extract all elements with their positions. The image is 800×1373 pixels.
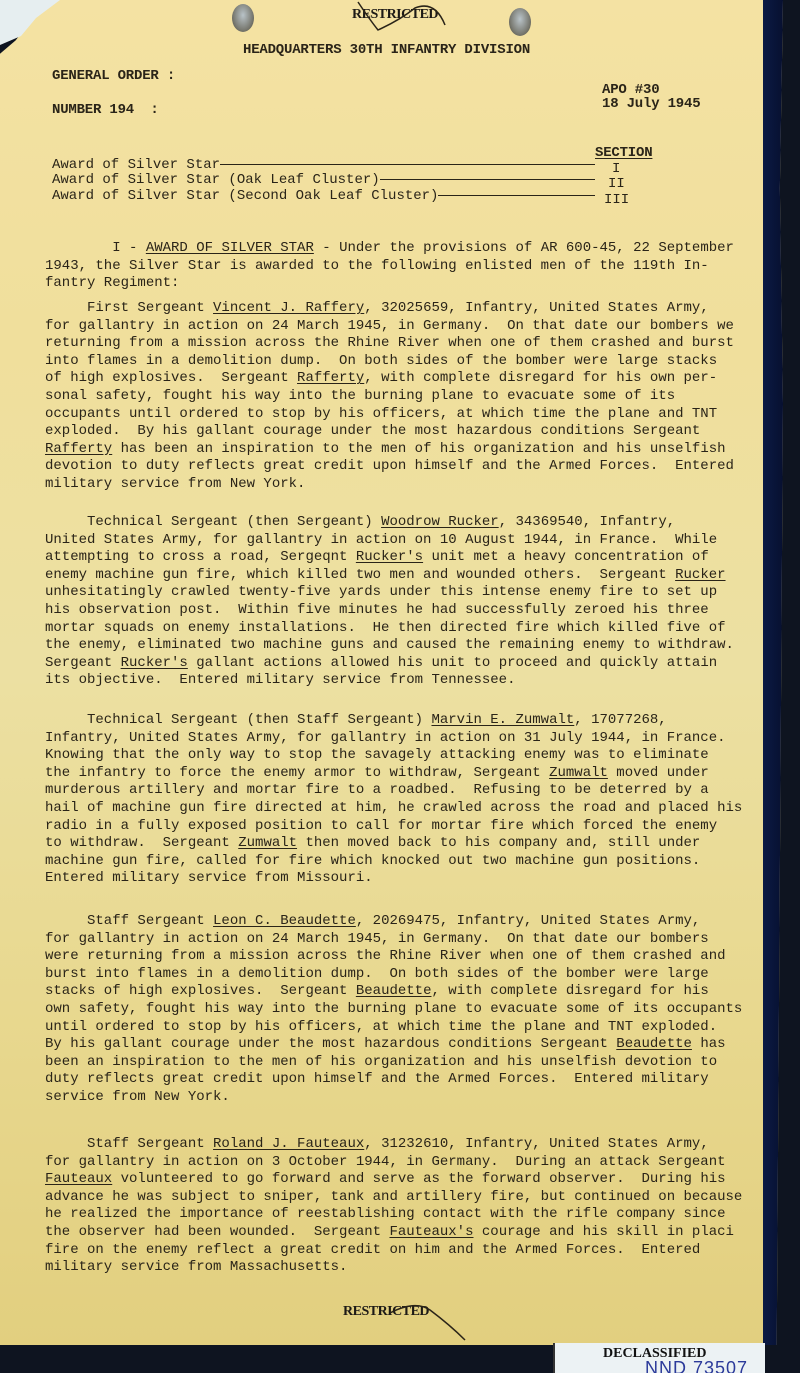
citation-line: returning from a mission across the Rhin… (45, 335, 765, 353)
soldier-name: Leon C. Beaudette (213, 913, 356, 929)
citation-line: devotion to duty reflects great credit u… (45, 458, 765, 476)
soldier-name: Beaudette (616, 1036, 692, 1052)
citation-line: military service from New York. (45, 476, 765, 494)
declassified-stamp: DECLASSIFIED NND 73507 (553, 1343, 765, 1373)
citation-line: Technical Sergeant (then Staff Sergeant)… (45, 712, 765, 730)
citation-line: hail of machine gun fire directed at him… (45, 800, 765, 818)
toc-section-number: II (608, 176, 625, 192)
citation-line: sonal safety, fought his way into the bu… (45, 388, 765, 406)
soldier-name: Roland J. Fauteaux (213, 1136, 364, 1152)
citation-line: were returning from a mission across the… (45, 948, 765, 966)
citation-line: his observation post. Within five minute… (45, 602, 765, 620)
citation-line: to withdraw. Sergeant Zumwalt then moved… (45, 835, 765, 853)
punch-hole-right (509, 8, 531, 36)
citation-line: of high explosives. Sergeant Rafferty, w… (45, 370, 765, 388)
soldier-name: Beaudette (356, 983, 432, 999)
toc-item: Award of Silver Star (Oak Leaf Cluster) (52, 172, 595, 188)
scanner-edge (763, 0, 783, 1345)
citation-line: Staff Sergeant Roland J. Fauteaux, 31232… (45, 1136, 765, 1154)
toc-leader-line (438, 195, 595, 196)
citation-line: been an inspiration to the men of his or… (45, 1054, 765, 1072)
soldier-name: Rafferty (45, 441, 112, 457)
citation-line: enemy machine gun fire, which killed two… (45, 567, 765, 585)
citation-line: occupants until ordered to stop by his o… (45, 406, 765, 424)
soldier-name: Fauteaux (45, 1171, 112, 1187)
citation-line: stacks of high explosives. Sergeant Beau… (45, 983, 765, 1001)
citation-paragraph: Staff Sergeant Leon C. Beaudette, 202694… (45, 913, 765, 1107)
citation-line: United States Army, for gallantry in act… (45, 532, 765, 550)
citation-line: duty reflects great credit upon himself … (45, 1071, 765, 1089)
general-order-label: GENERAL ORDER : (52, 68, 175, 85)
citation-line: Infantry, United States Army, for gallan… (45, 730, 765, 748)
soldier-name: Zumwalt (549, 765, 608, 781)
citation-paragraph: Technical Sergeant (then Sergeant) Woodr… (45, 514, 765, 690)
citation-line: Knowing that the only way to stop the sa… (45, 747, 765, 765)
citation-line: unhesitatingly crawled twenty-five yards… (45, 584, 765, 602)
citation-line: First Sergeant Vincent J. Raffery, 32025… (45, 300, 765, 318)
punch-hole-left (232, 4, 254, 32)
soldier-name: Rucker's (356, 549, 423, 565)
toc-item: Award of Silver Star (Second Oak Leaf Cl… (52, 188, 595, 204)
stamp-arrow-icon (370, 1295, 480, 1345)
citation-line: own safety, fought his way into the burn… (45, 1001, 765, 1019)
section-number: I - (112, 240, 146, 256)
order-date: 18 July 1945 (602, 96, 700, 113)
headquarters-heading: HEADQUARTERS 30TH INFANTRY DIVISION (243, 42, 530, 59)
citation-line: fire on the enemy reflect a great credit… (45, 1242, 765, 1260)
citation-line: Staff Sergeant Leon C. Beaudette, 202694… (45, 913, 765, 931)
soldier-name: Woodrow Rucker (381, 514, 499, 530)
citation-line: exploded. By his gallant courage under t… (45, 423, 765, 441)
toc-section-number: III (604, 192, 629, 208)
citation-line: until ordered to stop by his officers, a… (45, 1019, 765, 1037)
citation-line: Technical Sergeant (then Sergeant) Woodr… (45, 514, 765, 532)
soldier-name: Zumwalt (238, 835, 297, 851)
soldier-name: Rafferty (297, 370, 364, 386)
citation-line: By his gallant courage under the most ha… (45, 1036, 765, 1054)
citation-line: radio in a fully exposed position to cal… (45, 818, 765, 836)
soldier-name: Rucker's (121, 655, 188, 671)
citation-paragraph: Staff Sergeant Roland J. Fauteaux, 31232… (45, 1136, 765, 1277)
toc-item-label: Award of Silver Star (52, 157, 220, 173)
citation-line: for gallantry in action on 24 March 1945… (45, 931, 765, 949)
citation-line: into flames in a demolition dump. On bot… (45, 353, 765, 371)
toc-item-label: Award of Silver Star (Second Oak Leaf Cl… (52, 188, 438, 204)
citation-line: burst into flames in a demolition dump. … (45, 966, 765, 984)
citation-line: for gallantry in action on 24 March 1945… (45, 318, 765, 336)
intro-line: - Under the provisions of AR 600-45, 22 … (314, 240, 734, 256)
soldier-name: Fauteaux's (389, 1224, 473, 1240)
intro-line: fantry Regiment: (45, 275, 765, 293)
citation-line: he realized the importance of reestablis… (45, 1206, 765, 1224)
citation-line: mortar squads on enemy installations. He… (45, 620, 765, 638)
toc-item: Award of Silver Star (52, 157, 595, 173)
intro-line: 1943, the Silver Star is awarded to the … (45, 258, 765, 276)
citation-line: service from New York. (45, 1089, 765, 1107)
declassified-authority: NND 73507 (645, 1358, 748, 1373)
citation-line: Sergeant Rucker's gallant actions allowe… (45, 655, 765, 673)
citation-line: advance he was subject to sniper, tank a… (45, 1189, 765, 1207)
citation-line: its objective. Entered military service … (45, 672, 765, 690)
order-number: NUMBER 194 : (52, 102, 159, 119)
toc-section-number: I (612, 161, 620, 177)
soldier-name: Vincent J. Raffery (213, 300, 364, 316)
citation-line: the infantry to force the enemy armor to… (45, 765, 765, 783)
toc-section-header: SECTION (595, 145, 652, 162)
citation-line: Fauteaux volunteered to go forward and s… (45, 1171, 765, 1189)
toc-item-label: Award of Silver Star (Oak Leaf Cluster) (52, 172, 380, 188)
section-one-intro: I - AWARD OF SILVER STAR - Under the pro… (45, 240, 765, 293)
citation-line: the enemy, eliminated two machine guns a… (45, 637, 765, 655)
citation-line: murderous artillery and mortar fire to a… (45, 782, 765, 800)
soldier-name: Marvin E. Zumwalt (431, 712, 574, 728)
citation-paragraph: First Sergeant Vincent J. Raffery, 32025… (45, 300, 765, 494)
citation-paragraph: Technical Sergeant (then Staff Sergeant)… (45, 712, 765, 888)
citation-line: attempting to cross a road, Sergeqnt Ruc… (45, 549, 765, 567)
citation-line: military service from Massachusetts. (45, 1259, 765, 1277)
stamp-scribble-icon (340, 0, 460, 35)
section-heading: AWARD OF SILVER STAR (146, 240, 314, 256)
citation-line: for gallantry in action on 3 October 194… (45, 1154, 765, 1172)
citation-line: Entered military service from Missouri. (45, 870, 765, 888)
citation-line: machine gun fire, called for fire which … (45, 853, 765, 871)
toc-leader-line (380, 179, 595, 180)
citation-line: Rafferty has been an inspiration to the … (45, 441, 765, 459)
soldier-name: Rucker (675, 567, 725, 583)
citation-line: the observer had been wounded. Sergeant … (45, 1224, 765, 1242)
toc-leader-line (220, 164, 595, 165)
